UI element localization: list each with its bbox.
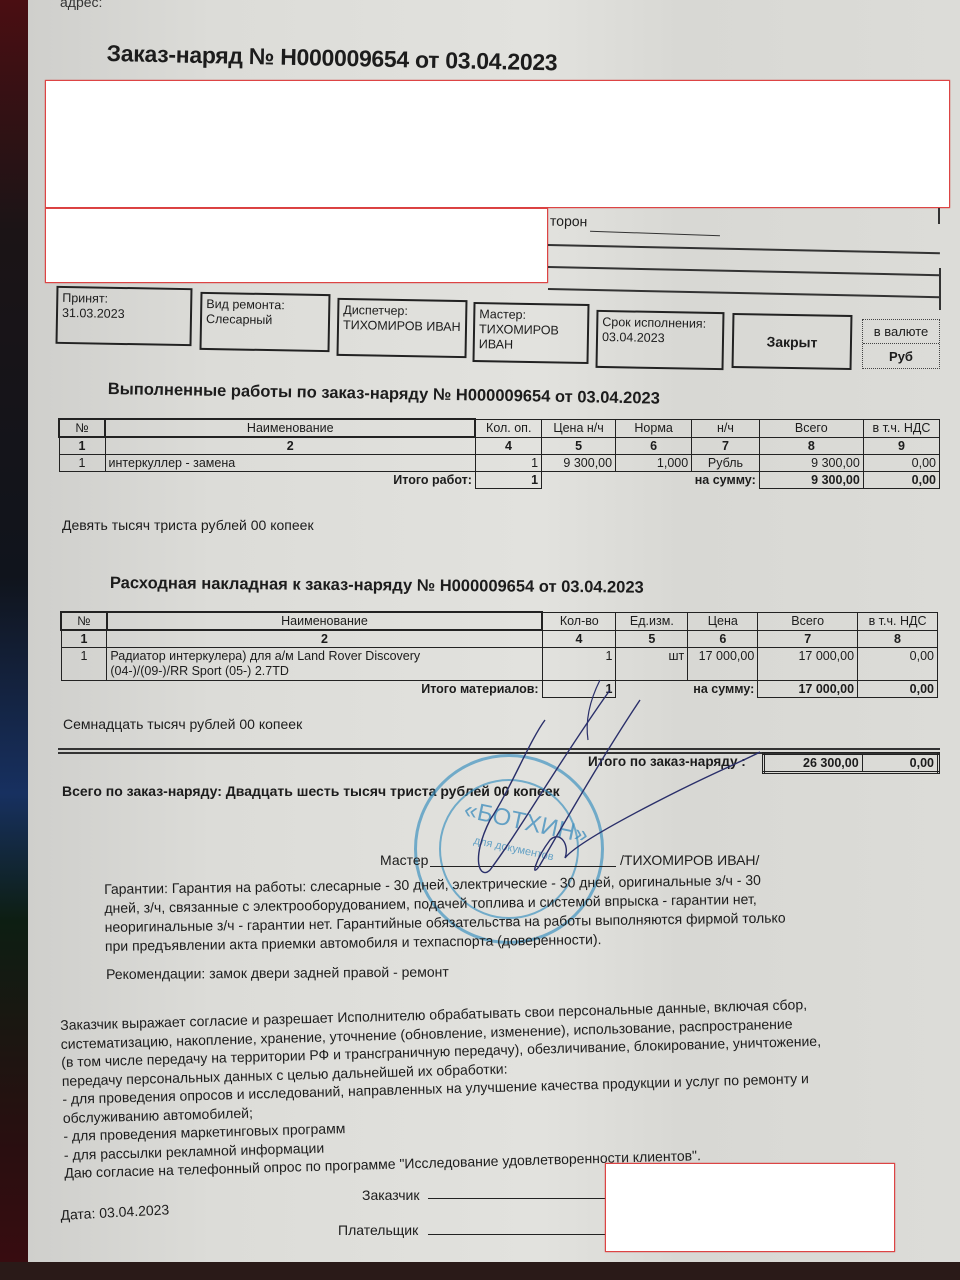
colnum: 1 [61,630,107,648]
mat-col-vat: в т.ч. НДС [858,612,938,630]
colnum: 8 [858,630,938,648]
colnum: 4 [475,437,541,455]
mat-col-price: Цена [688,612,758,630]
frame-line [939,268,941,310]
works-colnum-row: 1 2 4 5 6 7 8 9 [59,437,940,455]
works-col-name: Наименование [105,419,475,437]
received-date-box: Принят: 31.03.2023 [56,286,193,346]
cell-norm: 1,000 [616,455,692,472]
mat-col-qty: Кол-во [542,612,616,630]
colnum: 1 [59,437,105,455]
deadline-box: Срок исполнения: 03.04.2023 [596,310,725,370]
customer-signature-label: Заказчик [362,1187,420,1203]
materials-table: № Наименование Кол-во Ед.изм. Цена Всего… [60,611,938,698]
works-sum-vat: 0,00 [863,472,939,489]
cell-qty: 1 [542,648,616,681]
cell-vat: 0,00 [863,455,939,472]
background-bottom [0,1262,960,1280]
materials-sum-vat: 0,00 [858,681,938,698]
colnum: 7 [758,630,858,648]
currency-label: в валюте [863,320,939,344]
grand-total-table: 26 300,00 0,00 [762,752,940,774]
repair-type-value: Слесарный [206,312,324,329]
cell-name: интеркуллер - замена [105,455,475,472]
dispatcher-value: ТИХОМИРОВ ИВАН [343,318,461,335]
dispatcher-box: Диспетчер: ТИХОМИРОВ ИВАН [337,298,468,358]
colnum: 2 [105,437,475,455]
customer-signature-line [428,1198,608,1199]
works-col-unit: н/ч [692,419,760,437]
grand-total-label: Итого по заказ-наряду : [588,754,746,769]
colnum: 2 [107,630,542,648]
master-value: ТИХОМИРОВ ИВАН [479,322,570,354]
repair-type-box: Вид ремонта: Слесарный [200,292,331,352]
status-badge: Закрыт [732,313,853,370]
cell-no: 1 [59,455,105,472]
table-row: 1 Радиатор интеркулера) для а/м Land Rov… [61,648,938,681]
recommendations-text: Рекомендации: замок двери задней правой … [106,963,449,984]
works-col-no: № [59,419,105,437]
mat-col-no: № [61,612,107,630]
redacted-block-customer [45,80,950,208]
cell-price: 9 300,00 [542,455,616,472]
master-signature-name: /ТИХОМИРОВ ИВАН/ [620,852,759,868]
mat-col-name: Наименование [107,612,542,630]
works-header-row: № Наименование Кол. оп. Цена н/ч Норма н… [59,419,940,437]
consent-text: Заказчик выражает согласие и разрешает И… [60,995,824,1183]
materials-colnum-row: 1 2 4 5 6 7 8 [61,630,938,648]
works-col-norm: Норма [616,419,692,437]
works-amount-words: Девять тысяч триста рублей 00 копеек [62,517,314,533]
colnum: 8 [759,437,863,455]
deadline-value: 03.04.2023 [602,330,718,347]
parties-fragment: торон [550,213,588,230]
table-row: 1 интеркуллер - замена 1 9 300,00 1,000 … [59,455,940,472]
grand-total-vat: 0,00 [862,754,938,773]
works-total-qty: 1 [475,472,541,489]
materials-sum-total: 17 000,00 [758,681,858,698]
cell-name: Радиатор интеркулера) для а/м Land Rover… [107,648,542,681]
cell-name-line1: Радиатор интеркулера) для а/м Land Rover… [110,649,538,664]
materials-amount-words: Семнадцать тысяч рублей 00 копеек [63,716,302,732]
address-label: адрес: [60,0,102,10]
frame-line [938,208,940,224]
redacted-block-signature [605,1163,895,1252]
cell-vat: 0,00 [858,648,938,681]
grand-total-row: 26 300,00 0,00 [764,754,939,773]
currency-box: в валюте Руб [862,319,940,369]
works-col-qty: Кол. оп. [475,419,541,437]
warranty-text: Гарантии: Гарантия на работы: слесарные … [104,870,786,956]
cell-name-line2: (04-)/(09-)/RR Sport (05-) 2.7TD [110,664,538,679]
works-col-price: Цена н/ч [542,419,616,437]
received-value: 31.03.2023 [62,306,186,323]
master-box: Мастер: ТИХОМИРОВ ИВАН [472,302,589,364]
works-sum-total: 9 300,00 [759,472,863,489]
cell-price: 17 000,00 [688,648,758,681]
colnum: 7 [692,437,760,455]
master-signature-line [430,866,616,867]
double-rule [58,748,940,750]
cell-total: 9 300,00 [759,455,863,472]
mat-col-total: Всего [758,612,858,630]
cell-qty: 1 [475,455,541,472]
cell-unit: Рубль [692,455,760,472]
currency-value: Руб [863,344,939,368]
works-table: № Наименование Кол. оп. Цена н/ч Норма н… [58,418,940,489]
works-total-label: Итого работ: [105,472,475,489]
payer-signature-label: Плательщик [338,1222,418,1238]
payer-signature-line [428,1234,608,1235]
mat-col-unit: Ед.изм. [616,612,688,630]
master-signature-label: Мастер [380,852,428,868]
materials-total-row: Итого материалов: 1 на сумму: 17 000,00 … [61,681,938,698]
materials-total-label: Итого материалов: [107,681,542,698]
redacted-block-vehicle [45,208,548,283]
cell-unit: шт [616,648,688,681]
materials-sum-label: на сумму: [688,681,758,698]
works-col-total: Всего [759,419,863,437]
colnum: 6 [616,437,692,455]
works-total-row: Итого работ: 1 на сумму: 9 300,00 0,00 [59,472,940,489]
colnum: 5 [616,630,688,648]
materials-header-row: № Наименование Кол-во Ед.изм. Цена Всего… [61,612,938,630]
colnum: 4 [542,630,616,648]
works-sum-label: на сумму: [692,472,760,489]
works-col-vat: в т.ч. НДС [863,419,939,437]
cell-no: 1 [61,648,107,681]
colnum: 5 [542,437,616,455]
cell-total: 17 000,00 [758,648,858,681]
materials-total-qty: 1 [542,681,616,698]
grand-total-sum: 26 300,00 [764,754,863,773]
colnum: 9 [863,437,939,455]
colnum: 6 [688,630,758,648]
